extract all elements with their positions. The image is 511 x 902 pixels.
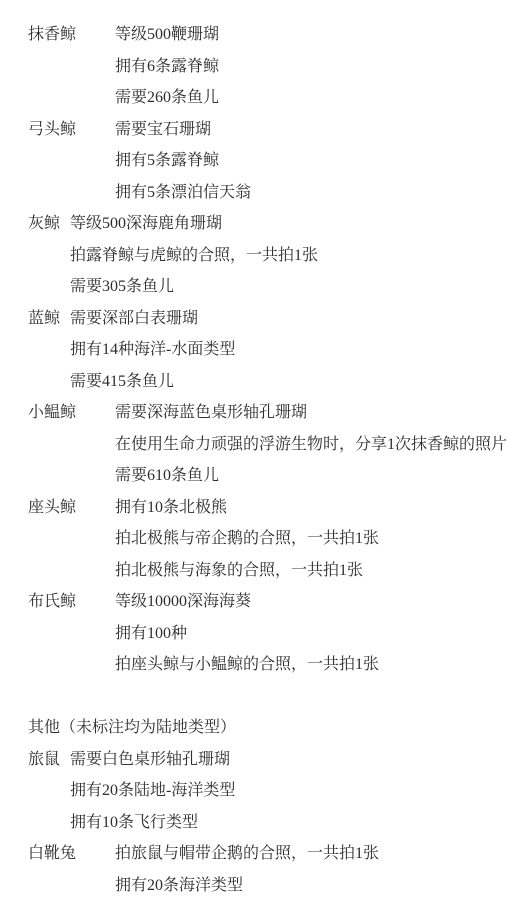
requirement-line: 需要宝石珊瑚 <box>115 114 511 146</box>
checklist-document: 抹香鲸 等级500鞭珊瑚 拥有6条露脊鲸 需要260条鱼儿 弓头鲸 需要宝石珊瑚… <box>0 0 511 902</box>
requirement-line: 需要305条鱼儿 <box>70 271 511 303</box>
creature-name: 布氏鲸 <box>28 586 76 618</box>
requirement-line: 拍座头鲸与小鳁鲸的合照，一共拍1张 <box>115 649 511 681</box>
requirement-line: 需要白色桌形轴孔珊瑚 <box>70 744 511 776</box>
requirement-line: 需要610条鱼儿 <box>115 460 511 492</box>
requirement-line: 拥有6条露脊鲸 <box>115 51 511 83</box>
requirement-list: 等级10000深海海葵 拥有100种 拍座头鲸与小鳁鲸的合照，一共拍1张 <box>115 586 511 681</box>
requirement-line: 拥有14种海洋-水面类型 <box>70 334 511 366</box>
creature-name: 灰鲸 <box>28 208 60 240</box>
requirement-line: 拥有5条漂泊信天翁 <box>115 177 511 209</box>
requirement-list: 等级500深海鹿角珊瑚 拍露脊鲸与虎鲸的合照，一共拍1张 需要305条鱼儿 <box>70 208 511 303</box>
creature-name: 座头鲸 <box>28 492 76 524</box>
creature-entry: 弓头鲸 需要宝石珊瑚 拥有5条露脊鲸 拥有5条漂泊信天翁 <box>0 114 511 209</box>
creature-name: 蓝鲸 <box>28 303 60 335</box>
requirement-list: 需要深海蓝色桌形轴孔珊瑚 在使用生命力顽强的浮游生物时，分享1次抹香鲸的照片 需… <box>115 397 511 492</box>
requirement-list: 需要深部白表珊瑚 拥有14种海洋-水面类型 需要415条鱼儿 <box>70 303 511 398</box>
creature-entry: 白靴兔 拍旅鼠与帽带企鹅的合照，一共拍1张 拥有20条海洋类型 <box>0 838 511 901</box>
requirement-list: 拍旅鼠与帽带企鹅的合照，一共拍1张 拥有20条海洋类型 <box>115 838 511 901</box>
requirement-line: 在使用生命力顽强的浮游生物时，分享1次抹香鲸的照片 <box>115 429 511 461</box>
requirement-line: 等级500深海鹿角珊瑚 <box>70 208 511 240</box>
requirement-list: 需要宝石珊瑚 拥有5条露脊鲸 拥有5条漂泊信天翁 <box>115 114 511 209</box>
requirement-line: 拍北极熊与海象的合照，一共拍1张 <box>115 555 511 587</box>
creature-entry: 抹香鲸 等级500鞭珊瑚 拥有6条露脊鲸 需要260条鱼儿 <box>0 19 511 114</box>
requirement-line: 需要深海蓝色桌形轴孔珊瑚 <box>115 397 511 429</box>
whale-requirements-section: 抹香鲸 等级500鞭珊瑚 拥有6条露脊鲸 需要260条鱼儿 弓头鲸 需要宝石珊瑚… <box>0 19 511 681</box>
creature-entry: 布氏鲸 等级10000深海海葵 拥有100种 拍座头鲸与小鳁鲸的合照，一共拍1张 <box>0 586 511 681</box>
creature-entry: 旅鼠 需要白色桌形轴孔珊瑚 拥有20条陆地-海洋类型 拥有10条飞行类型 <box>0 744 511 839</box>
other-requirements-section: 旅鼠 需要白色桌形轴孔珊瑚 拥有20条陆地-海洋类型 拥有10条飞行类型 白靴兔… <box>0 744 511 902</box>
requirement-line: 拍旅鼠与帽带企鹅的合照，一共拍1张 <box>115 838 511 870</box>
creature-name: 白靴兔 <box>28 838 76 870</box>
creature-name: 弓头鲸 <box>28 114 76 146</box>
requirement-line: 需要深部白表珊瑚 <box>70 303 511 335</box>
creature-entry: 灰鲸 等级500深海鹿角珊瑚 拍露脊鲸与虎鲸的合照，一共拍1张 需要305条鱼儿 <box>0 208 511 303</box>
requirement-list: 需要白色桌形轴孔珊瑚 拥有20条陆地-海洋类型 拥有10条飞行类型 <box>70 744 511 839</box>
requirement-line: 拥有10条飞行类型 <box>70 807 511 839</box>
requirement-line: 拍露脊鲸与虎鲸的合照，一共拍1张 <box>70 240 511 272</box>
requirement-line: 等级10000深海海葵 <box>115 586 511 618</box>
requirement-line: 拍北极熊与帝企鹅的合照，一共拍1张 <box>115 523 511 555</box>
creature-name: 抹香鲸 <box>28 19 76 51</box>
requirement-line: 等级500鞭珊瑚 <box>115 19 511 51</box>
requirement-line: 拥有20条陆地-海洋类型 <box>70 775 511 807</box>
requirement-line: 拥有100种 <box>115 618 511 650</box>
creature-name: 小鳁鲸 <box>28 397 76 429</box>
creature-entry: 座头鲸 拥有10条北极熊 拍北极熊与帝企鹅的合照，一共拍1张 拍北极熊与海象的合… <box>0 492 511 587</box>
requirement-line: 拥有5条露脊鲸 <box>115 145 511 177</box>
creature-entry: 蓝鲸 需要深部白表珊瑚 拥有14种海洋-水面类型 需要415条鱼儿 <box>0 303 511 398</box>
other-section-heading: 其他（未标注均为陆地类型） <box>28 712 511 744</box>
creature-entry: 小鳁鲸 需要深海蓝色桌形轴孔珊瑚 在使用生命力顽强的浮游生物时，分享1次抹香鲸的… <box>0 397 511 492</box>
requirement-list: 等级500鞭珊瑚 拥有6条露脊鲸 需要260条鱼儿 <box>115 19 511 114</box>
requirement-line: 需要415条鱼儿 <box>70 366 511 398</box>
requirement-line: 拥有10条北极熊 <box>115 492 511 524</box>
creature-name: 旅鼠 <box>28 744 60 776</box>
requirement-line: 拥有20条海洋类型 <box>115 870 511 902</box>
requirement-line: 需要260条鱼儿 <box>115 82 511 114</box>
requirement-list: 拥有10条北极熊 拍北极熊与帝企鹅的合照，一共拍1张 拍北极熊与海象的合照，一共… <box>115 492 511 587</box>
